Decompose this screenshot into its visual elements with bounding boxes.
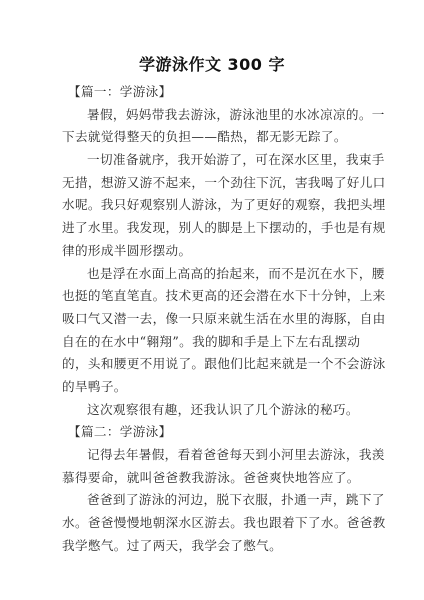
text-line: 水呢。我只好观察别人游泳，为了更好的观察，我把头埋 bbox=[62, 194, 362, 217]
text-line: 慕得要命，就叫爸爸教我游泳。爸爸爽快地答应了。 bbox=[62, 467, 362, 490]
document-body: 【篇一：学游泳】 暑假，妈妈带我去游泳，游泳池里的水冰凉凉的。一 下去就觉得整天… bbox=[62, 81, 362, 557]
text-line: 自在的在水中“翱翔”。我的脚和手是上下左右乱摆动 bbox=[62, 331, 362, 354]
text-line: 爸爸到了游泳的河边，脱下衣服，扑通一声，跳下了 bbox=[62, 489, 362, 512]
text-line: 的，头和腰更不用说了。跟他们比起来就是一个不会游泳 bbox=[62, 353, 362, 376]
text-line: 律的形成半圆形摆动。 bbox=[62, 240, 362, 263]
text-line: 的旱鸭子。 bbox=[62, 376, 362, 399]
section-heading: 【篇一：学游泳】 bbox=[62, 81, 362, 104]
document-title: 学游泳作文 300 字 bbox=[0, 52, 424, 75]
text-line: 也是浮在水面上高高的抬起来，而不是沉在水下，腰 bbox=[62, 263, 362, 286]
text-line: 记得去年暑假，看着爸爸每天到小河里去游泳，我羡 bbox=[62, 444, 362, 467]
text-line: 吸口气又潜一去，像一只原来就生活在水里的海豚，自由 bbox=[62, 308, 362, 331]
text-line: 这次观察很有趣，还我认识了几个游泳的秘巧。 bbox=[62, 399, 362, 422]
document-page: 学游泳作文 300 字 【篇一：学游泳】 暑假，妈妈带我去游泳，游泳池里的水冰凉… bbox=[0, 0, 424, 600]
section-heading: 【篇二：学游泳】 bbox=[62, 421, 362, 444]
text-line: 也挺的笔直笔直。技术更高的还会潜在水下十分钟，上来 bbox=[62, 285, 362, 308]
text-line: 一切准备就序，我开始游了，可在深水区里，我束手 bbox=[62, 149, 362, 172]
text-line: 我学憋气。过了两天，我学会了憋气。 bbox=[62, 535, 362, 558]
text-line: 下去就觉得整天的负担——酷热，都无影无踪了。 bbox=[62, 126, 362, 149]
text-line: 进了水里。我发现，别人的脚是上下摆动的，手也是有规 bbox=[62, 217, 362, 240]
text-line: 暑假，妈妈带我去游泳，游泳池里的水冰凉凉的。一 bbox=[62, 104, 362, 127]
text-line: 无措，想游又游不起来，一个劲往下沉，害我喝了好儿口 bbox=[62, 172, 362, 195]
text-line: 水。爸爸慢慢地朝深水区游去。我也跟着下了水。爸爸教 bbox=[62, 512, 362, 535]
